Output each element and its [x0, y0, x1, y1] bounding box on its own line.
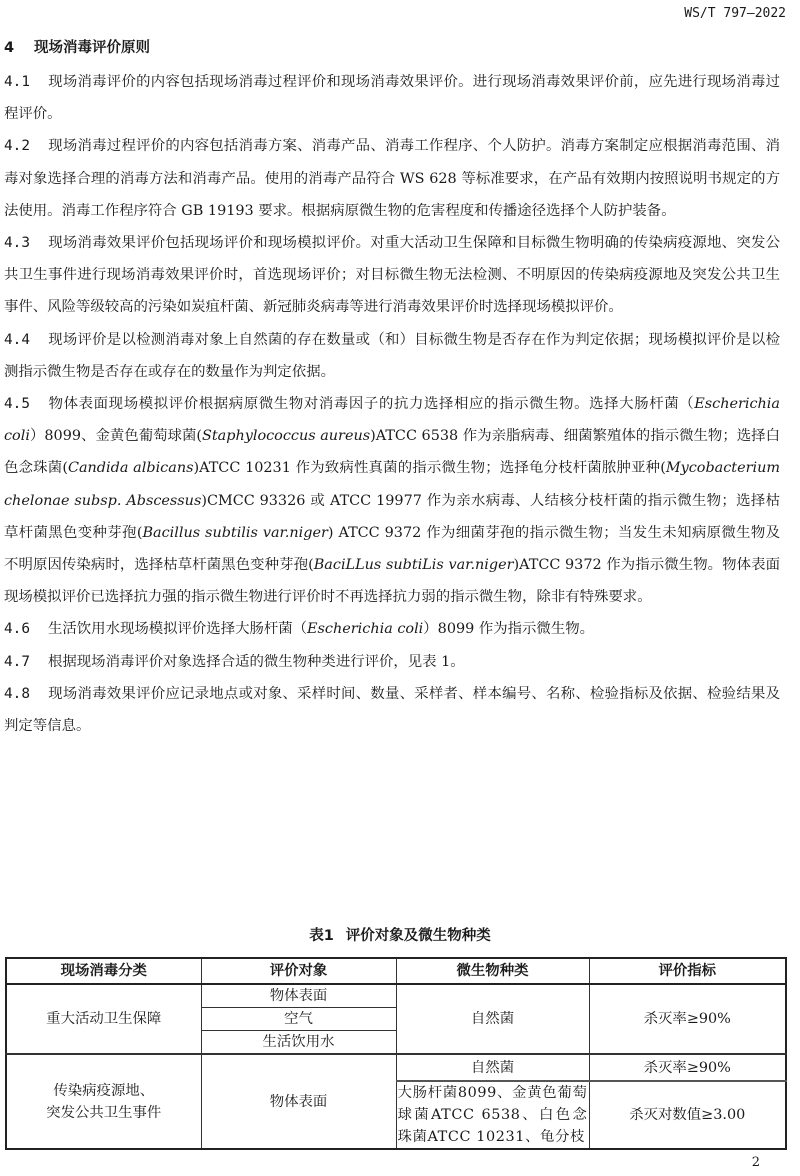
clause-text: ）8099 作为指示微生物。 — [423, 621, 594, 637]
table-caption: 表1评价对象及微生物种类 — [0, 924, 800, 945]
page-number: 2 — [752, 1155, 760, 1170]
standard-code: WS/T 797—2022 — [684, 6, 786, 21]
species-name: Bacillus subtilis var.niger — [142, 525, 327, 541]
object-cell: 物体表面 — [201, 984, 396, 1008]
table-row: 重大活动卫生保障 物体表面 自然菌 杀灭率≥90% — [6, 984, 786, 1008]
header-microbe: 微生物种类 — [396, 958, 589, 984]
indicator-cell: 杀灭率≥90% — [589, 1054, 786, 1081]
clause-text: 现场消毒评价的内容包括现场消毒过程评价和现场消毒效果评价。进行现场消毒效果评价前… — [4, 74, 780, 122]
species-name: Candida albicans — [68, 460, 194, 476]
category-cell: 重大活动卫生保障 — [6, 984, 201, 1054]
clause-number: 4.7 — [4, 646, 48, 678]
clause-number: 4.2 — [4, 130, 48, 162]
object-cell: 空气 — [201, 1008, 396, 1031]
clause-number: 4.3 — [4, 227, 48, 259]
clause-number: 4.1 — [4, 66, 48, 98]
species-name: Escherichia coli — [307, 621, 423, 637]
clause-4-6: 4.6生活饮用水现场模拟评价选择大肠杆菌（Escherichia coli）80… — [4, 613, 780, 645]
clause-text: 生活饮用水现场模拟评价选择大肠杆菌（ — [48, 621, 307, 637]
clause-text: 现场消毒效果评价应记录地点或对象、采样时间、数量、采样者、样本编号、名称、检验指… — [4, 686, 780, 734]
category-line: 突发公共卫生事件 — [9, 1102, 199, 1124]
microbe-cell: 大肠杆菌8099、金黄色葡萄球菌ATCC 6538、白色念珠菌ATCC 1023… — [396, 1081, 589, 1149]
table-row: 传染病疫源地、 突发公共卫生事件 物体表面 自然菌 杀灭率≥90% — [6, 1054, 786, 1081]
clauses-body: 4.1现场消毒评价的内容包括现场消毒过程评价和现场消毒效果评价。进行现场消毒效果… — [4, 66, 780, 742]
microbe-cell: 自然菌 — [396, 984, 589, 1054]
section-number: 4 — [4, 40, 34, 56]
clause-text: ）8099、金黄色葡萄球菌( — [30, 428, 202, 444]
clause-4-1: 4.1现场消毒评价的内容包括现场消毒过程评价和现场消毒效果评价。进行现场消毒效果… — [4, 66, 780, 130]
clause-4-5: 4.5物体表面现场模拟评价根据病原微生物对消毒因子的抗力选择相应的指示微生物。选… — [4, 388, 780, 613]
category-cell: 传染病疫源地、 突发公共卫生事件 — [6, 1054, 201, 1149]
indicator-cell: 杀灭率≥90% — [589, 984, 786, 1054]
species-name: BaciLLus subtiLis var.niger — [314, 557, 514, 573]
clause-4-7: 4.7根据现场消毒评价对象选择合适的微生物种类进行评价，见表 1。 — [4, 646, 780, 678]
header-category: 现场消毒分类 — [6, 958, 201, 984]
clause-number: 4.8 — [4, 678, 48, 710]
clause-text: 根据现场消毒评价对象选择合适的微生物种类进行评价，见表 1。 — [48, 654, 465, 670]
clause-text: 现场评价是以检测消毒对象上自然菌的存在数量或（和）目标微生物是否存在作为判定依据… — [4, 332, 780, 380]
header-indicator: 评价指标 — [589, 958, 786, 984]
section-heading: 4现场消毒评价原则 — [4, 36, 150, 57]
indicator-cell: 杀灭对数值≥3.00 — [589, 1081, 786, 1149]
clause-4-3: 4.3现场消毒效果评价包括现场评价和现场模拟评价。对重大活动卫生保障和目标微生物… — [4, 227, 780, 324]
table-header-row: 现场消毒分类 评价对象 微生物种类 评价指标 — [6, 958, 786, 984]
clause-4-8: 4.8现场消毒效果评价应记录地点或对象、采样时间、数量、采样者、样本编号、名称、… — [4, 678, 780, 742]
section-title: 现场消毒评价原则 — [34, 40, 150, 56]
clause-text: )ATCC 10231 作为致病性真菌的指示微生物；选择龟分枝杆菌脓肿亚种( — [193, 460, 665, 476]
clause-number: 4.5 — [4, 388, 48, 420]
category-line: 传染病疫源地、 — [9, 1080, 199, 1102]
clause-text: 物体表面现场模拟评价根据病原微生物对消毒因子的抗力选择相应的指示微生物。选择大肠… — [48, 396, 694, 412]
clause-4-4: 4.4现场评价是以检测消毒对象上自然菌的存在数量或（和）目标微生物是否存在作为判… — [4, 324, 780, 388]
object-cell: 生活饮用水 — [201, 1031, 396, 1055]
header-object: 评价对象 — [201, 958, 396, 984]
evaluation-table: 现场消毒分类 评价对象 微生物种类 评价指标 重大活动卫生保障 物体表面 自然菌… — [5, 957, 787, 1150]
clause-number: 4.6 — [4, 613, 48, 645]
clause-text: 现场消毒效果评价包括现场评价和现场模拟评价。对重大活动卫生保障和目标微生物明确的… — [4, 235, 780, 315]
table-title: 评价对象及微生物种类 — [346, 928, 491, 944]
clause-4-2: 4.2现场消毒过程评价的内容包括消毒方案、消毒产品、消毒工作程序、个人防护。消毒… — [4, 130, 780, 227]
table-number: 表1 — [309, 928, 334, 944]
species-name: Staphylococcus aureus — [202, 428, 370, 444]
microbe-cell: 自然菌 — [396, 1054, 589, 1081]
clause-number: 4.4 — [4, 324, 48, 356]
clause-text: 现场消毒过程评价的内容包括消毒方案、消毒产品、消毒工作程序、个人防护。消毒方案制… — [4, 138, 780, 218]
object-cell: 物体表面 — [201, 1054, 396, 1149]
